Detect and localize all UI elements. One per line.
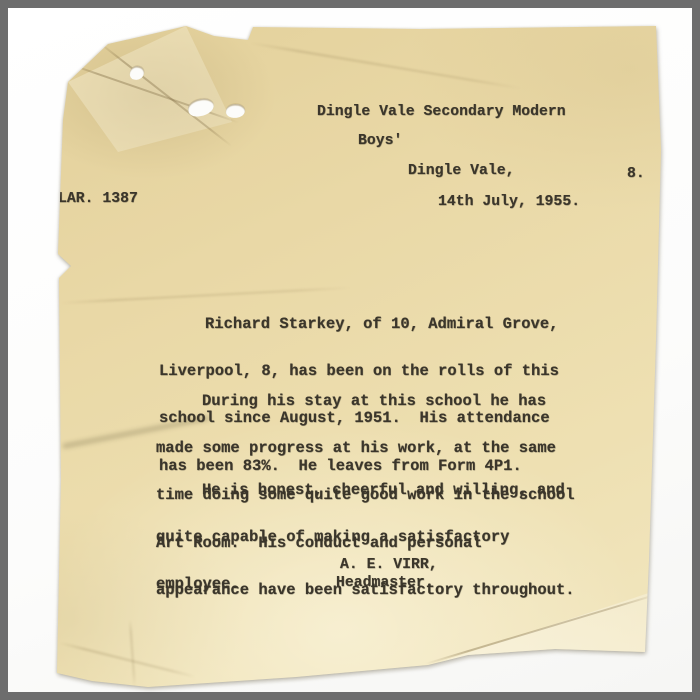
crease-line (250, 42, 522, 89)
date-line: 14th July, 1955. (438, 194, 580, 210)
paragraph-line: During his stay at this school he has (156, 394, 575, 410)
school-name-line: Dingle Vale Secondary Modern (317, 104, 566, 120)
school-name-line2: Boys' (358, 133, 402, 149)
crease-line (99, 42, 232, 147)
framed-photo: { "photo": { "frame_color": "#6d6d6d", "… (0, 0, 700, 700)
crease-line (130, 620, 136, 686)
crease-line (66, 62, 240, 123)
paragraph-line: He is honest, cheerful and willing, and (156, 483, 565, 499)
paper-sheet: LAR. 1387 Dingle Vale Secondary Modern B… (0, 0, 700, 700)
crease-line (60, 642, 196, 677)
paragraph-line: Richard Starkey, of 10, Admiral Grove, (159, 317, 559, 333)
body-paragraph-3: He is honest, cheerful and willing, and … (156, 451, 565, 625)
reference-number: LAR. 1387 (58, 191, 138, 207)
letter-paper: LAR. 1387 Dingle Vale Secondary Modern B… (0, 0, 700, 700)
paragraph-line: quite capable of making a satisfactory (156, 530, 565, 546)
postal-district: 8. (627, 166, 645, 182)
signature-name: A. E. VIRR, (340, 557, 438, 573)
torn-hole (187, 97, 215, 117)
torn-hole (129, 65, 146, 82)
signature-title: Headmaster. (336, 575, 434, 591)
torn-hole (225, 103, 245, 119)
address-line: Dingle Vale, (408, 163, 515, 179)
